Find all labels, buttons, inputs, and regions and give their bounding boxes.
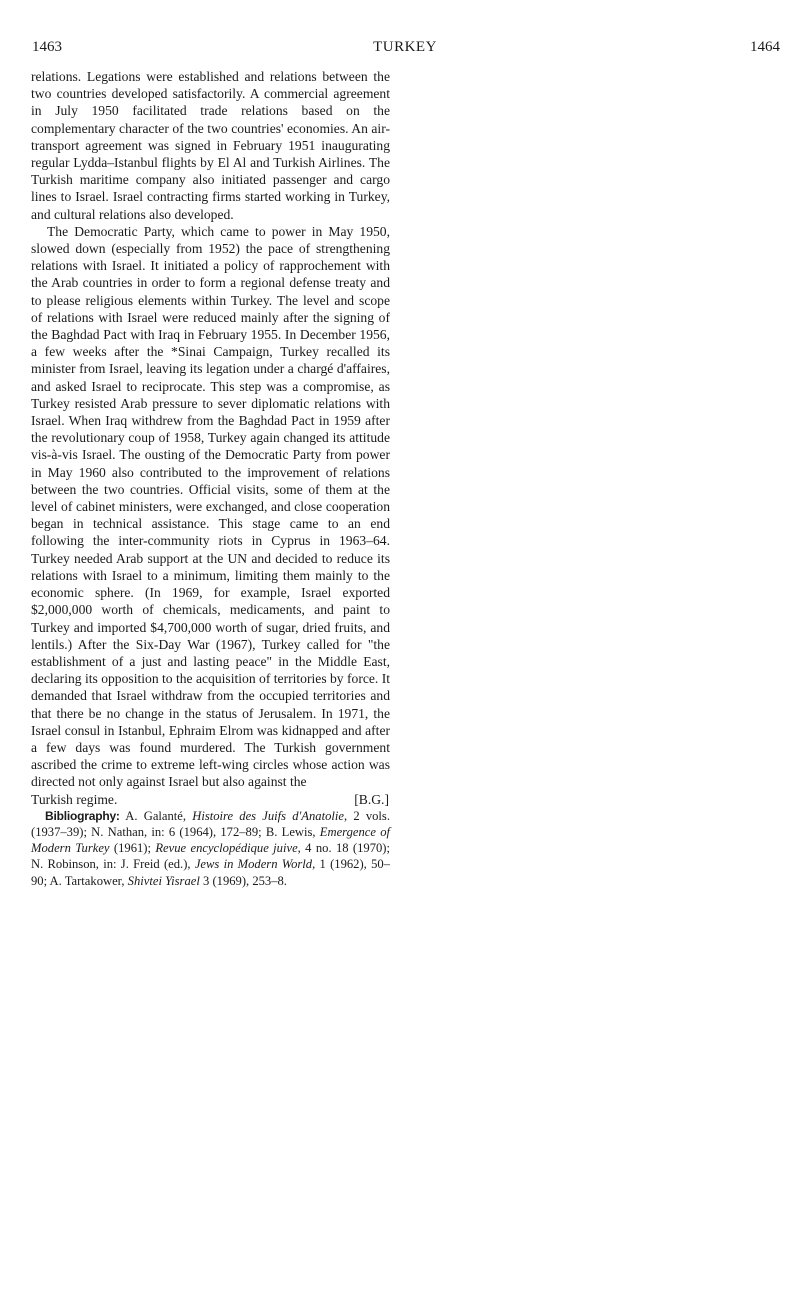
bib-text: (1961); bbox=[110, 841, 156, 855]
bib-title: Jews in Modern World bbox=[195, 857, 312, 871]
bibliography: Bibliography: A. Galanté, Histoire des J… bbox=[31, 808, 390, 889]
page-number-right: 1464 bbox=[750, 37, 780, 57]
bib-text: 3 (1969), 253–8. bbox=[200, 874, 287, 888]
bib-title: Histoire des Juifs d'Anatolie bbox=[192, 809, 344, 823]
left-column: relations. Legations were established an… bbox=[31, 68, 390, 889]
running-head: 1463 TURKEY 1464 bbox=[0, 37, 810, 57]
running-title: TURKEY bbox=[0, 37, 810, 57]
author-initials: [B.G.] bbox=[354, 791, 390, 808]
bibliography-label: Bibliography: bbox=[45, 809, 120, 823]
article-closing-line: Turkish regime. [B.G.] bbox=[31, 791, 390, 808]
right-column-blank bbox=[420, 68, 779, 1268]
article-paragraph-democratic-party: The Democratic Party, which came to powe… bbox=[31, 223, 390, 791]
bib-title: Shivtei Yisrael bbox=[128, 874, 200, 888]
article-last-line: Turkish regime. bbox=[31, 791, 117, 808]
bib-text: A. Galanté, bbox=[120, 809, 193, 823]
bib-title: Revue encyclopédique juive bbox=[155, 841, 297, 855]
article-paragraph-continued: relations. Legations were established an… bbox=[31, 68, 390, 223]
